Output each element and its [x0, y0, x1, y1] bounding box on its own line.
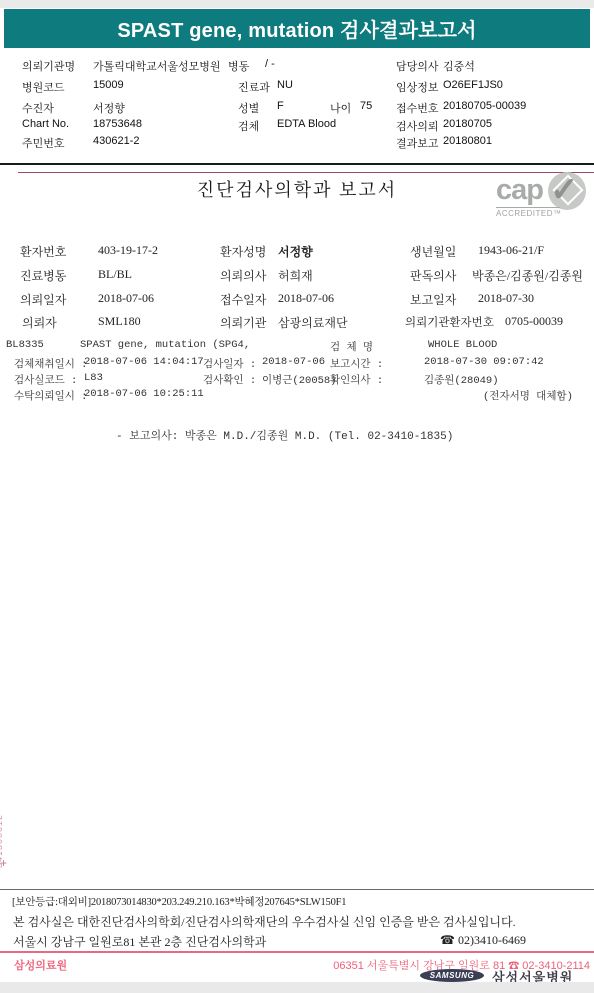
- footer-top-rule: [0, 889, 594, 890]
- field-value: EDTA Blood: [277, 118, 336, 130]
- field-label: 검사확인 :: [203, 372, 256, 387]
- field-value: 김종원(28049): [424, 372, 499, 387]
- field-label: 결과보고: [396, 135, 439, 151]
- field-label: 검사의뢰: [396, 118, 439, 134]
- field-value: / -: [265, 58, 275, 70]
- cap-check-icon: ✓: [550, 170, 579, 210]
- field-label: 접수일자: [220, 291, 266, 308]
- top-gray-strip: [0, 0, 594, 8]
- test-name: SPAST gene, mutation (SPG4,: [80, 339, 250, 351]
- lab-phone: ☎ 02)3410-6469: [440, 933, 526, 948]
- field-label: 주민번호: [22, 135, 65, 151]
- field-value: L83: [84, 372, 103, 384]
- field-label: 병동: [228, 58, 249, 74]
- cap-logo-text: cap: [496, 176, 543, 205]
- lab-accreditation-statement: 본 검사실은 대한진단검사의학회/진단검사의학재단의 우수검사실 신임 인증을 …: [13, 913, 516, 930]
- field-label: 환자성명: [220, 243, 266, 260]
- field-value: 20180705: [443, 118, 492, 130]
- e-signature-note: (전자서명 대체함): [483, 388, 573, 403]
- footer-pink-rule: [0, 951, 594, 953]
- cap-logo-rule: [496, 207, 560, 208]
- field-label: 생년월일: [410, 243, 456, 260]
- specimen-value: WHOLE BLOOD: [428, 339, 497, 351]
- field-value: 허희재: [278, 267, 313, 284]
- field-value: O26EF1JS0: [443, 79, 503, 91]
- field-value: 2018-07-30 09:07:42: [424, 356, 544, 368]
- medical-center-name: 삼성의료원: [14, 957, 67, 973]
- field-value: 2018-07-06 10:25:11: [84, 388, 204, 400]
- field-value: 삼광의료재단: [278, 314, 348, 331]
- field-label: 판독의사: [410, 267, 456, 284]
- field-label: 의뢰의사: [220, 267, 266, 284]
- test-code: BL8335: [6, 339, 44, 351]
- field-value: 서정향: [93, 100, 125, 116]
- field-value: 0705-00039: [505, 314, 563, 329]
- field-value: 이병근(20058): [262, 372, 337, 387]
- cap-accredited-logo: cap ✓ ACCREDITED™: [492, 176, 592, 224]
- report-title-text: SPAST gene, mutation 검사결과보고서: [117, 14, 476, 43]
- field-label: 의뢰기관명: [22, 58, 75, 74]
- field-label: 보고일자: [410, 291, 456, 308]
- bottom-gray-strip: [0, 982, 594, 993]
- lab-address: 서울시 강남구 일원로81 본관 2층 진단검사의학과: [13, 933, 266, 950]
- field-value: NU: [277, 79, 293, 91]
- field-value: 2018-07-06 14:04:17: [84, 356, 204, 368]
- field-label: 의뢰자: [22, 314, 57, 331]
- field-value: SML180: [98, 314, 141, 329]
- field-label: 병원코드: [22, 79, 65, 95]
- field-value: 박종은/김종원/김종원: [472, 267, 583, 284]
- separator-black-rule: [0, 163, 594, 165]
- field-label: 환자번호: [20, 243, 66, 260]
- field-value: 18753648: [93, 118, 142, 130]
- field-value: 20180705-00039: [443, 100, 526, 112]
- field-value: 2018-07-06: [278, 291, 334, 306]
- field-value: F: [277, 100, 284, 112]
- cap-accredited-label: ACCREDITED™: [496, 209, 562, 218]
- report-page: SPAST gene, mutation 검사결과보고서 의뢰기관명 가톨릭대학…: [0, 0, 594, 993]
- samsung-logo: SAMSUNG: [420, 969, 484, 982]
- report-title-bar: SPAST gene, mutation 검사결과보고서: [4, 9, 590, 48]
- field-label: 성별: [238, 100, 259, 116]
- field-label: 검체: [238, 118, 259, 134]
- field-value: 2018-07-30: [478, 291, 534, 306]
- field-label: 담당의사: [396, 58, 439, 74]
- field-value: BL/BL: [98, 267, 132, 282]
- field-value: 2018-07-06: [262, 356, 325, 368]
- field-value: 20180801: [443, 135, 492, 147]
- field-label: 보고시간 :: [330, 356, 383, 371]
- field-label: 검체채취일시 :: [14, 356, 87, 371]
- field-label: 임상정보: [396, 79, 439, 95]
- field-value: 가톨릭대학교서울성모병원: [93, 58, 221, 74]
- patient-name: 서정향: [278, 243, 313, 260]
- field-value: 430621-2: [93, 135, 140, 147]
- field-label: 접수번호: [396, 100, 439, 116]
- samsung-logo-text: SAMSUNG: [430, 971, 474, 980]
- field-value: 75: [360, 100, 372, 112]
- side-serial-watermark: 341300012: [0, 768, 8, 868]
- specimen-label: 검 체 명: [330, 339, 373, 354]
- field-value: 2018-07-06: [98, 291, 154, 306]
- field-label: 수진자: [22, 100, 54, 116]
- field-value: 1943-06-21/F: [478, 243, 544, 258]
- field-label: 수탁의뢰일시 :: [14, 388, 87, 403]
- field-label: 진료병동: [20, 267, 66, 284]
- field-label: 검사실코드 :: [14, 372, 77, 387]
- field-value: 15009: [93, 79, 124, 91]
- field-label: 진료과: [238, 79, 270, 95]
- field-label: 나이: [330, 100, 351, 116]
- field-label: 검사일자 :: [203, 356, 256, 371]
- reporting-doctor-line: - 보고의사: 박종은 M.D./김종원 M.D. (Tel. 02-3410-…: [116, 427, 453, 443]
- field-label: Chart No.: [22, 118, 69, 130]
- security-classification-line: [보안등급:대외비]2018073014830*203.249.210.163*…: [12, 894, 346, 909]
- field-label: 확인의사 :: [330, 372, 383, 387]
- field-value: 김중석: [443, 58, 475, 74]
- separator-maroon-rule: [18, 172, 594, 173]
- field-value: 403-19-17-2: [98, 243, 158, 258]
- field-label: 의뢰일자: [20, 291, 66, 308]
- field-label: 의뢰기관환자번호: [405, 314, 494, 330]
- field-label: 의뢰기관: [220, 314, 266, 331]
- side-plus-mark: +: [0, 856, 7, 870]
